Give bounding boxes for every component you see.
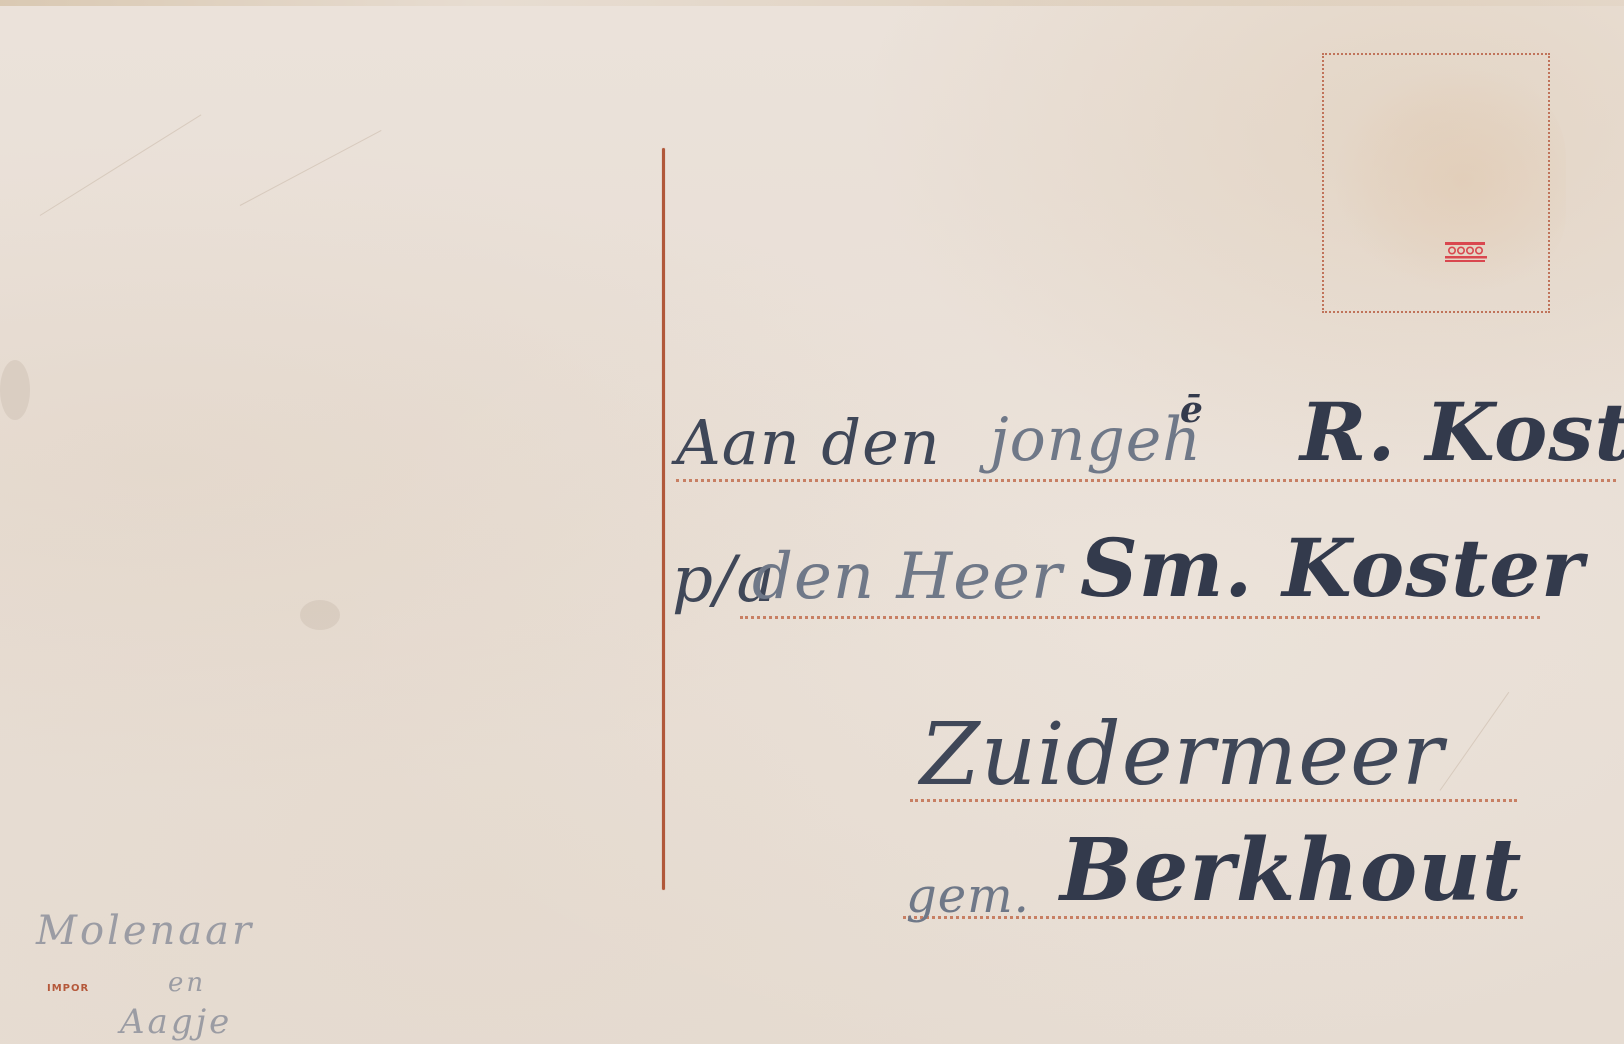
edge-stain xyxy=(0,0,1624,6)
postcard-back: Aan den jongeh ē R. Koster p/a den Heer … xyxy=(0,0,1624,1044)
paper-crease xyxy=(40,114,202,216)
address-gem-prefix: gem. xyxy=(906,872,1030,920)
address-line-1 xyxy=(676,479,1616,482)
pencil-note-line-1: Molenaar xyxy=(36,908,254,954)
paper-stain xyxy=(0,360,30,420)
paper-crease xyxy=(240,130,382,206)
stamp-box xyxy=(1322,53,1550,313)
printer-imprint: IMPOR xyxy=(47,983,89,994)
stamp-fragment-icon xyxy=(1443,238,1489,264)
address-den-heer: den Heer xyxy=(752,545,1063,609)
address-prefix-aan-den: Aan den xyxy=(676,412,941,474)
address-municipality: Berkhout xyxy=(1060,828,1522,914)
care-of-name: Sm. Koster xyxy=(1080,528,1584,608)
address-line-2 xyxy=(740,616,1540,619)
address-place: Zuidermeer xyxy=(920,712,1444,798)
recipient-name: R. Koster xyxy=(1300,392,1624,472)
paper-crease xyxy=(1440,692,1510,791)
pencil-note-line-2: en xyxy=(168,968,206,998)
address-title-jongeh: jongeh xyxy=(990,410,1202,470)
pencil-note-line-3: Aagje xyxy=(120,1002,232,1042)
center-divider-line xyxy=(662,148,665,890)
paper-stain xyxy=(300,600,340,630)
address-honorific-mark: ē xyxy=(1180,392,1204,428)
